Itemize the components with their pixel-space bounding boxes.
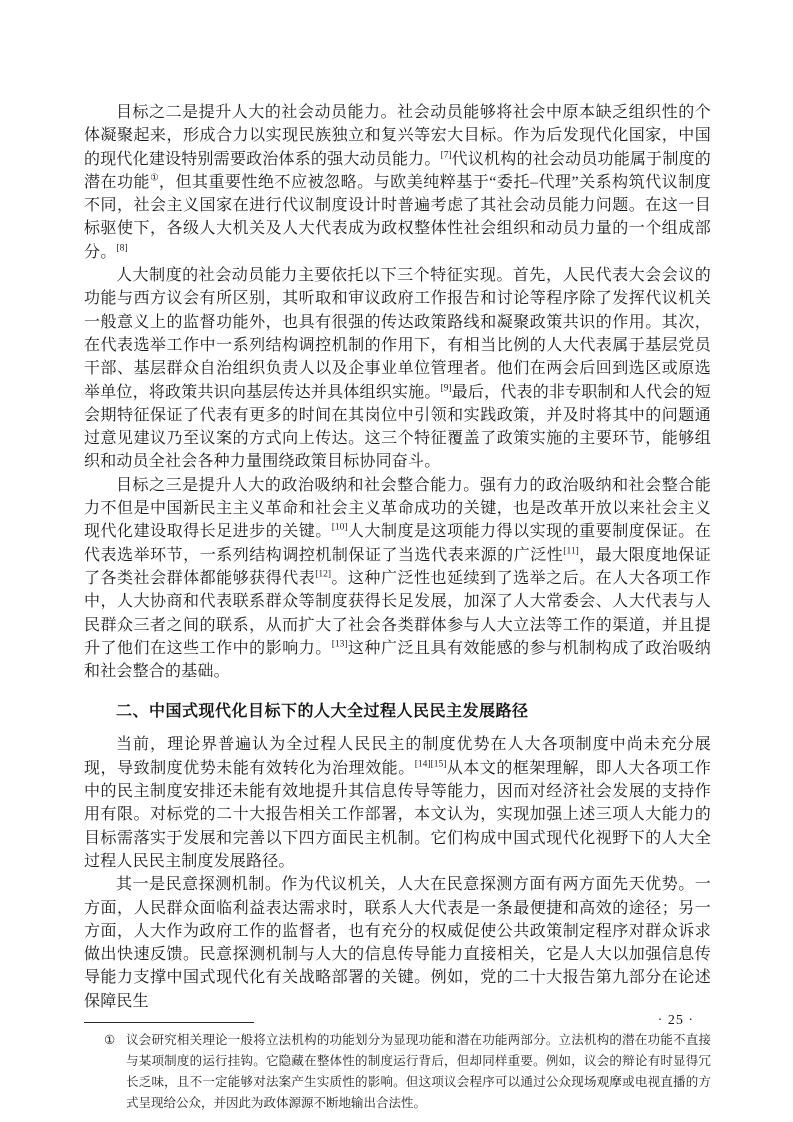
- citation-ref: [11]: [563, 546, 578, 556]
- footnote: ① 议会研究相关理论一般将立法机构的功能划分为显现功能和潜在功能两部分。立法机构…: [104, 1030, 711, 1114]
- footnote-text: 议会研究相关理论一般将立法机构的功能划分为显现功能和潜在功能两部分。立法机构的潜…: [126, 1030, 711, 1114]
- citation-ref: [12]: [315, 570, 331, 580]
- citation-ref: [13]: [332, 640, 348, 650]
- citation-ref: ①: [150, 174, 159, 184]
- body-paragraph: 其一是民意探测机制。作为代议机关，人大在民意探测方面有两方面先天优势。一方面，人…: [84, 873, 711, 1013]
- journal-page: 目标之二是提升人大的社会动员能力。社会动员能够将社会中原本缺乏组织性的个体凝聚起…: [0, 0, 793, 1122]
- page-content: 目标之二是提升人大的社会动员能力。社会动员能够将社会中原本缺乏组织性的个体凝聚起…: [84, 101, 711, 1114]
- citation-ref: [10]: [332, 523, 348, 533]
- body-paragraph: 目标之三是提升人大的政治吸纳和社会整合能力。强有力的政治吸纳和社会整合能力不但是…: [84, 474, 711, 684]
- citation-ref: [8]: [116, 243, 127, 253]
- citation-ref: [7]: [441, 150, 452, 160]
- body-paragraph: 人大制度的社会动员能力主要依托以下三个特征实现。首先，人民代表大会会议的功能与西…: [84, 264, 711, 474]
- body-paragraph: 当前，理论界普遍认为全过程人民民主的制度优势在人大各项制度中尚未充分展现，导致制…: [84, 733, 711, 873]
- text-run: ，但其重要性绝不应被忽略。与欧美纯粹基于“委托–代理”关系构筑代议制度不同，社会…: [84, 174, 711, 261]
- citation-ref: [9]: [441, 383, 452, 393]
- citation-ref: [14][15]: [415, 759, 447, 769]
- text-run: 人大制度的社会动员能力主要依托以下三个特征实现。首先，人民代表大会会议的功能与西…: [84, 267, 711, 400]
- footnote-separator-rule: [84, 1022, 254, 1023]
- footnote-marker: ①: [104, 1030, 126, 1114]
- section-heading: 二、中国式现代化目标下的人大全过程人民民主发展路径: [84, 700, 711, 723]
- text-run: 其一是民意探测机制。作为代议机关，人大在民意探测方面有两方面先天优势。一方面，人…: [84, 876, 711, 1009]
- body-paragraph: 目标之二是提升人大的社会动员能力。社会动员能够将社会中原本缺乏组织性的个体凝聚起…: [84, 101, 711, 264]
- page-number: · 25 ·: [658, 1013, 694, 1029]
